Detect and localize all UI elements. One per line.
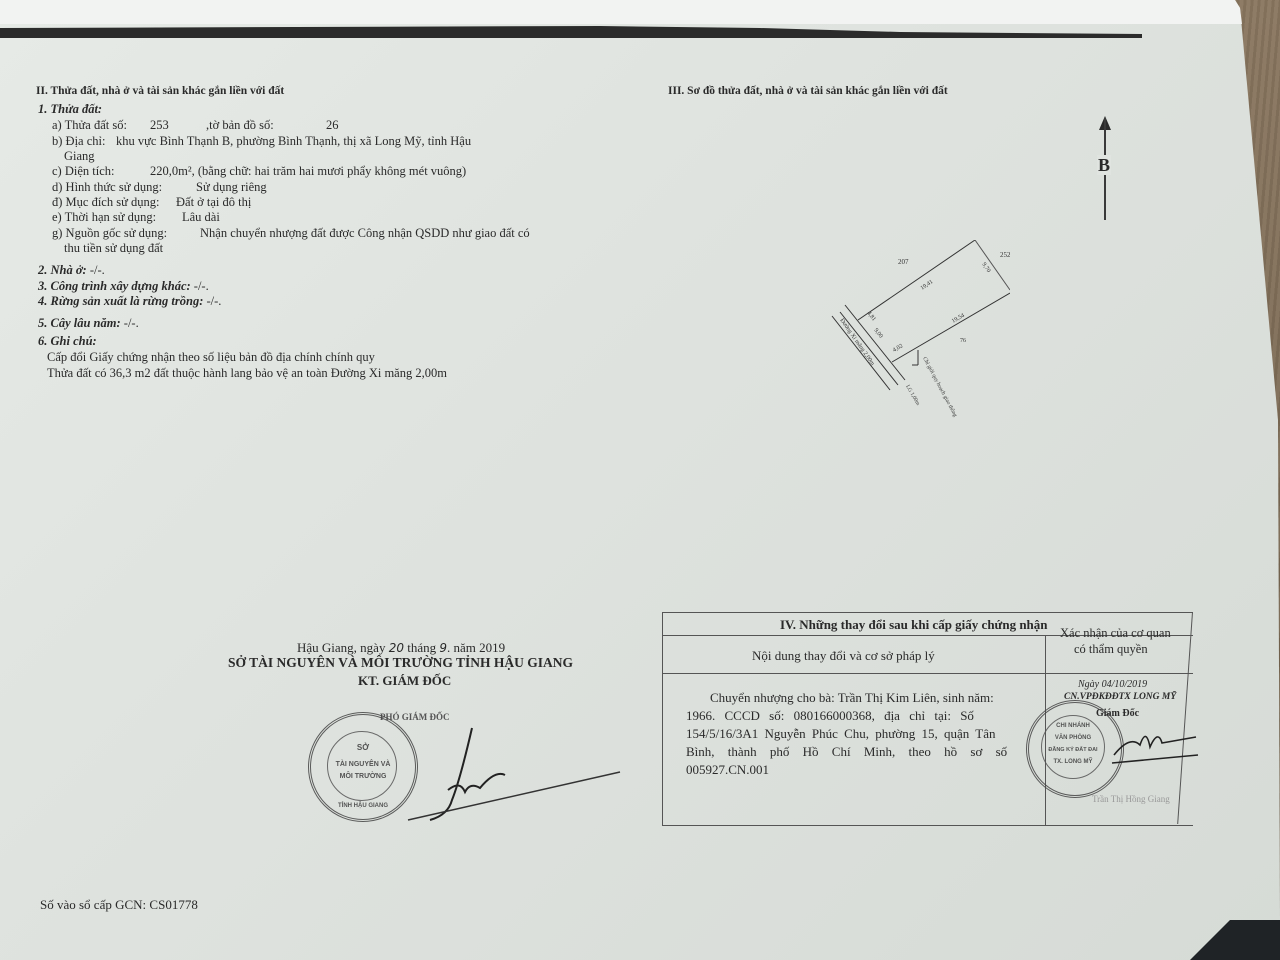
- edge-top-length: 19,41: [920, 279, 935, 292]
- usage-form-value: Sử dụng riêng: [196, 180, 267, 195]
- item-2-title: 2. Nhà ở:: [38, 263, 87, 277]
- map-sheet-value: 26: [326, 118, 339, 133]
- item-5-title: 5. Cây lâu năm:: [38, 316, 121, 330]
- col-content-header: Nội dung thay đổi và cơ sở pháp lý: [752, 648, 935, 663]
- change-line-2: 1966. CCCD số: 080166000368, địa chỉ tại…: [686, 708, 974, 723]
- edge-front-length: 9,00: [872, 328, 883, 340]
- area-label: c) Diện tích:: [52, 164, 114, 179]
- north-label: B: [1097, 155, 1111, 175]
- neighbor-south: 76: [960, 338, 966, 344]
- front-segment-top: 4,81: [865, 311, 876, 323]
- signer-name: Trần Thị Hồng Giang: [1092, 792, 1170, 807]
- signature-right: [1110, 725, 1200, 765]
- front-segment-bottom: 4,02: [892, 343, 904, 353]
- usage-term-value: Lâu dài: [182, 210, 220, 225]
- parcel-sketch-map: 207 252 76 19,41 9,70 19,54 9,00 4,81 4,…: [810, 240, 1010, 420]
- item-5-value: -/-.: [124, 316, 139, 330]
- agency-name: SỞ TÀI NGUYÊN VÀ MÔI TRƯỜNG TỈNH HẬU GIA…: [228, 655, 573, 670]
- signer-role: KT. GIÁM ĐỐC: [358, 673, 451, 688]
- note-line-2: Thửa đất có 36,3 m2 đất thuộc hành lang …: [47, 366, 447, 381]
- change-line-4: Bình, thành phố Hồ Chí Minh, theo hồ sơ …: [686, 744, 1007, 759]
- address-line-2: Giang: [64, 149, 95, 164]
- lg-label: LG 1,00m: [904, 384, 921, 407]
- edge-right-length: 9,70: [980, 262, 991, 274]
- usage-purpose-value: Đất ở tại đô thị: [176, 195, 251, 210]
- change-line-1: Chuyển nhượng cho bà: Trần Thị Kim Liên,…: [710, 690, 994, 705]
- col-confirm-header-1: Xác nhận của cơ quan: [1060, 626, 1171, 641]
- address-label: b) Địa chỉ:: [52, 134, 105, 149]
- neighbor-north: 207: [898, 258, 909, 266]
- road-label: Đường Xi măng 2,00m: [838, 318, 875, 367]
- section-2-title: II. Thửa đất, nhà ở và tài sản khác gắn …: [36, 84, 284, 99]
- setback-label: Chỉ giới quy hoạch giao thông: [921, 356, 958, 418]
- item-3-value: -/-.: [194, 279, 209, 293]
- item-6-title: 6. Ghi chú:: [38, 334, 97, 349]
- section-3-title: III. Sơ đồ thửa đất, nhà ở và tài sản kh…: [668, 84, 948, 99]
- section-4-title: IV. Những thay đổi sau khi cấp giấy chứn…: [780, 617, 1048, 632]
- item-1-title: 1. Thửa đất:: [38, 102, 102, 117]
- area-value: 220,0m², (bằng chữ: hai trăm hai mươi ph…: [150, 164, 466, 179]
- item-2-value: -/-.: [90, 263, 105, 277]
- change-line-5: 005927.CN.001: [686, 762, 769, 777]
- col-confirm-header-2: có thẩm quyền: [1074, 642, 1148, 657]
- usage-purpose-label: đ) Mục đích sử dụng:: [52, 195, 159, 210]
- origin-value-line-2: thu tiền sử dụng đất: [64, 241, 163, 256]
- item-4-title: 4. Rừng sản xuất là rừng trồng:: [38, 294, 203, 308]
- parcel-no-value: 253: [150, 118, 169, 133]
- usage-term-label: e) Thời hạn sử dụng:: [52, 210, 156, 225]
- origin-label: g) Nguồn gốc sử dụng:: [52, 226, 167, 241]
- place-date: Hậu Giang, ngày 20 tháng 9. năm 2019: [297, 640, 505, 656]
- change-line-3: 154/5/16/3A1 Nguyễn Phúc Chu, phường 15,…: [686, 726, 995, 741]
- page-top-margin: [0, 0, 1280, 24]
- item-4-value: -/-.: [207, 294, 222, 308]
- neighbor-east: 252: [1000, 251, 1010, 259]
- usage-form-label: d) Hình thức sử dụng:: [52, 180, 162, 195]
- registry-number: Số vào sổ cấp GCN: CS01778: [40, 897, 198, 912]
- map-sheet-label: ,tờ bản đồ số:: [206, 118, 274, 133]
- origin-value-line-1: Nhận chuyển nhượng đất được Công nhận QS…: [200, 226, 530, 241]
- address-line-1: khu vực Bình Thạnh B, phường Bình Thạnh,…: [116, 134, 471, 149]
- parcel-no-label: a) Thửa đất số:: [52, 118, 127, 133]
- signature-left: [400, 720, 640, 840]
- item-3-title: 3. Công trình xây dựng khác:: [38, 279, 191, 293]
- note-line-1: Cấp đổi Giấy chứng nhận theo số liệu bản…: [47, 350, 375, 365]
